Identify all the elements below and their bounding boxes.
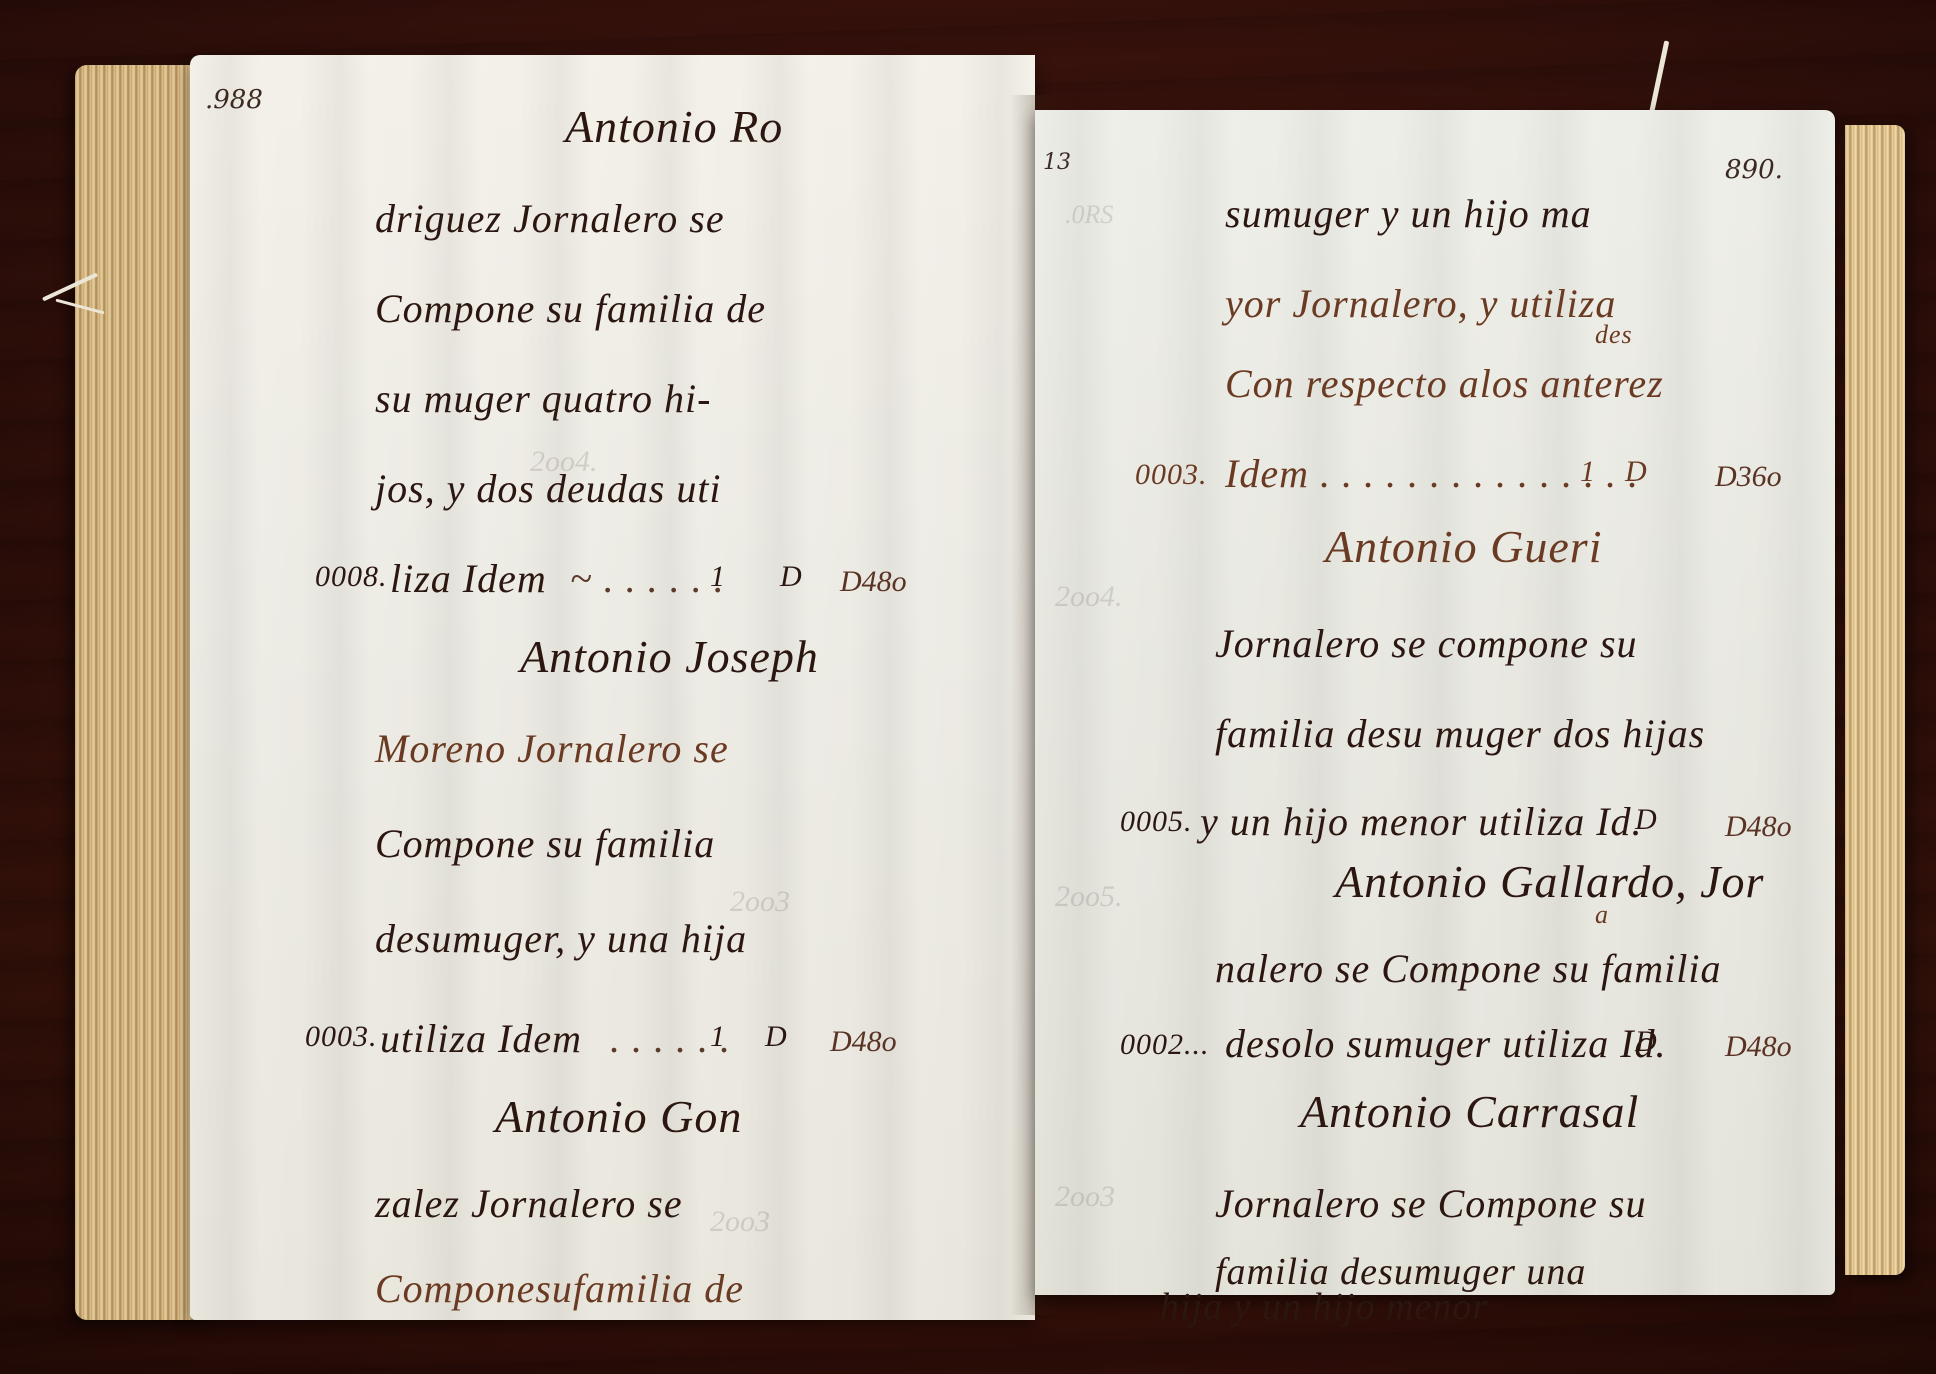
folio-mark-right: 13 xyxy=(1043,150,1071,175)
entry-line: yor Jornalero, y utiliza xyxy=(1225,280,1616,327)
entry-name: Antonio Gallardo, Jor xyxy=(1335,855,1764,908)
entry-line: Idem xyxy=(1225,450,1309,497)
entry-line: desumuger, y una hija xyxy=(375,915,747,962)
entry-line: driguez Jornalero se xyxy=(375,195,725,242)
entry-mark: D xyxy=(1635,803,1658,837)
entry-line: Componesufamilia de xyxy=(375,1265,744,1312)
folio-mark-left: .988 xyxy=(205,85,263,115)
entry-line: zalez Jornalero se xyxy=(375,1180,683,1227)
page-number-stamp: 890. xyxy=(1725,155,1783,185)
left-page: .988 2oo4. 2oo3 2oo3 Antonio Ro driguez … xyxy=(190,55,1035,1320)
entry-line: desolo sumuger utiliza Id. xyxy=(1225,1020,1667,1067)
left-page-stack-edges xyxy=(75,65,205,1320)
entry-line: Compone su familia de xyxy=(375,285,766,332)
right-page-stack-edges xyxy=(1845,125,1905,1275)
dot-leader: ~ . . . . . . xyxy=(570,555,725,602)
entry-count: 1 xyxy=(710,560,726,594)
entry-name: Antonio Gon xyxy=(495,1090,742,1143)
entry-line: Compone su familia xyxy=(375,820,715,867)
entry-name: Antonio Joseph xyxy=(520,630,819,683)
entry-number: 0003. xyxy=(305,1020,378,1054)
entry-line: jos, y dos deudas uti xyxy=(375,465,722,512)
entry-line: Con respecto alos anterez xyxy=(1225,360,1664,407)
open-ledger-book: .988 2oo4. 2oo3 2oo3 Antonio Ro driguez … xyxy=(75,55,1905,1330)
bleed-through-text: 2oo3 xyxy=(710,1205,770,1239)
bleed-through-stamp: .0RS xyxy=(1065,200,1113,230)
entry-line: familia desu muger dos hijas xyxy=(1215,710,1705,757)
bleed-through-text: 2oo5. xyxy=(1055,880,1123,914)
bleed-through-text: 2oo4. xyxy=(1055,580,1123,614)
entry-name: Antonio Ro xyxy=(565,100,783,153)
superscript-abbrev: a xyxy=(1595,900,1609,930)
entry-mark: D xyxy=(1625,455,1648,489)
entry-number: 0005. xyxy=(1120,805,1193,839)
entry-line: Jornalero se compone su xyxy=(1215,620,1638,667)
bleed-through-text: 2oo3 xyxy=(1055,1180,1115,1214)
entry-line: y un hijo menor utiliza Id. xyxy=(1200,798,1643,845)
entry-mark: D xyxy=(1635,1025,1658,1059)
entry-line: Jornalero se Compone su xyxy=(1215,1180,1646,1227)
superscript-abbrev: des xyxy=(1595,320,1633,350)
entry-line: sumuger y un hijo ma xyxy=(1225,190,1592,237)
entry-line: hija y un hijo menor xyxy=(1160,1285,1488,1329)
entry-number: 0008. xyxy=(315,560,388,594)
entry-amount: D48o xyxy=(1725,810,1792,844)
entry-amount: D48o xyxy=(830,1025,897,1059)
entry-number: 0002... xyxy=(1120,1028,1210,1062)
entry-line: su muger quatro hi- xyxy=(375,375,711,422)
entry-mark: D xyxy=(765,1020,788,1054)
entry-line: Moreno Jornalero se xyxy=(375,725,729,772)
entry-mark: D xyxy=(780,560,803,594)
entry-count: 1 xyxy=(710,1020,726,1054)
entry-name: Antonio Carrasal xyxy=(1300,1085,1639,1138)
entry-amount: D48o xyxy=(1725,1030,1792,1064)
bleed-through-text: 2oo3 xyxy=(730,885,790,919)
entry-line: nalero se Compone su familia xyxy=(1215,945,1722,992)
right-page: 13 .0RS 890. 2oo4. 2oo5. 2oo3 sumuger y … xyxy=(1035,110,1835,1295)
entry-amount: D36o xyxy=(1715,460,1782,494)
entry-count: 1 xyxy=(1580,455,1596,489)
entry-line: liza Idem xyxy=(390,555,547,602)
entry-name: Antonio Gueri xyxy=(1325,520,1602,573)
last-line-overflow: hija y un hijo menor xyxy=(1080,1300,1780,1340)
entry-number: 0003. xyxy=(1135,458,1208,492)
entry-line: utiliza Idem xyxy=(380,1015,582,1062)
entry-amount: D48o xyxy=(840,565,907,599)
